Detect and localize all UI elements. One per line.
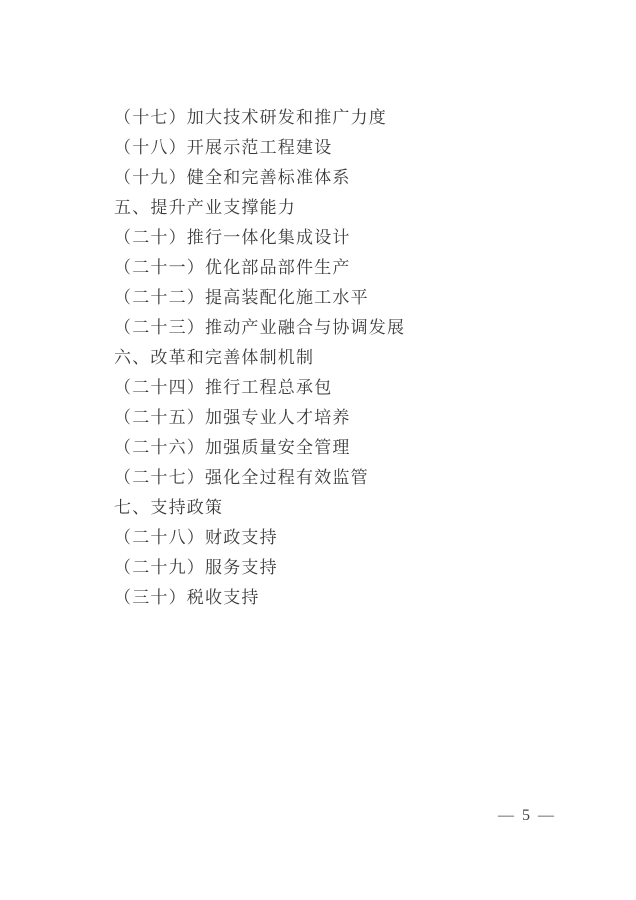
outline-item: （二十七）强化全过程有效监管 — [114, 463, 405, 493]
outline-item: （十七）加大技术研发和推广力度 — [114, 103, 405, 133]
outline-item: （三十）税收支持 — [114, 583, 405, 613]
document-page: （十七）加大技术研发和推广力度 （十八）开展示范工程建设 （十九）健全和完善标准… — [0, 0, 636, 900]
outline-item: （二十一）优化部品部件生产 — [114, 253, 405, 283]
outline-item: （二十八）财政支持 — [114, 523, 405, 553]
outline-list: （十七）加大技术研发和推广力度 （十八）开展示范工程建设 （十九）健全和完善标准… — [114, 103, 405, 613]
outline-item: （二十四）推行工程总承包 — [114, 373, 405, 403]
outline-item: （二十二）提高装配化施工水平 — [114, 283, 405, 313]
section-heading: 六、改革和完善体制机制 — [114, 343, 405, 373]
outline-item: （二十九）服务支持 — [114, 553, 405, 583]
section-heading: 七、支持政策 — [114, 493, 405, 523]
section-heading: 五、提升产业支撑能力 — [114, 193, 405, 223]
outline-item: （十九）健全和完善标准体系 — [114, 163, 405, 193]
outline-item: （二十）推行一体化集成设计 — [114, 223, 405, 253]
outline-item: （二十五）加强专业人才培养 — [114, 403, 405, 433]
outline-item: （二十三）推动产业融合与协调发展 — [114, 313, 405, 343]
outline-item: （二十六）加强质量安全管理 — [114, 433, 405, 463]
outline-item: （十八）开展示范工程建设 — [114, 133, 405, 163]
page-number: — 5 — — [498, 806, 556, 826]
